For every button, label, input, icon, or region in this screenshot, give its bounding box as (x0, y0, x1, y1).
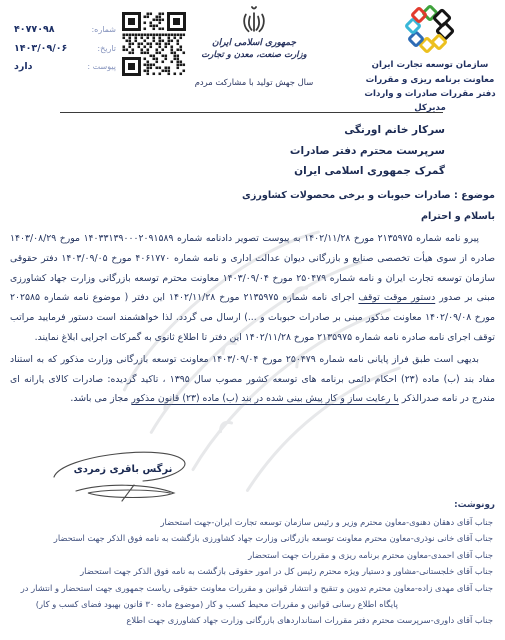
ministry-title: وزارت صنعت، معدن و تجارت (188, 49, 320, 61)
cc-item: جناب آقای مهدی زاده-معاون محترم تدوین و … (8, 580, 493, 613)
year-slogan: سال جهش تولید با مشارکت مردم (188, 77, 320, 87)
government-header-block: جمهوری اسلامی ایران وزارت صنعت، معدن و ت… (188, 5, 320, 87)
letter-body: پیرو نامه شماره ۲۱۳۵۹۷۵ مورخ ۱۴۰۲/۱۱/۲۸ … (10, 229, 495, 411)
cc-item: جناب آقای دهقان دهنوی-معاون محترم وزیر و… (8, 514, 493, 530)
subject-line: موضوع : صادرات حبوبات و برخی محصولات کشا… (242, 190, 495, 201)
letter-number-label: شماره: (91, 25, 116, 34)
cc-title: رونوشت: (454, 500, 495, 510)
org-deputy: معاونت برنامه ریزی و مقررات (363, 73, 497, 88)
organization-header-block: سازمان توسعه تجارت ایران معاونت برنامه ر… (363, 2, 497, 115)
cc-list: جناب آقای دهقان دهنوی-معاون محترم وزیر و… (8, 514, 493, 629)
org-office: دفتر مقررات صادرات و واردات (363, 87, 497, 102)
cc-item: جناب آقای احمدی-معاون محترم برنامه ریزی … (8, 547, 493, 563)
body-paragraph-2: بدیهی است طبق فراز پایانی نامه شماره ۲۵۰… (10, 350, 495, 409)
recipient-block: سرکار خانم اورنگی سرپرست محترم دفتر صادر… (290, 120, 445, 182)
letter-number-row: شماره: ۴۰۷۷۰۹۸ (14, 24, 116, 43)
letter-date-row: تاریخ: ۱۴۰۳/۰۹/۰۶ (14, 43, 116, 62)
org-name: سازمان توسعه تجارت ایران (363, 58, 497, 73)
letter-attachment-value: دارد (14, 61, 32, 72)
body-p1-underlined-phrase: دستور موقت توقف (358, 292, 435, 303)
gov-title: جمهوری اسلامی ایران (188, 37, 320, 49)
cc-item: جناب آقای خلجستانی-مشاور و دستیار ویژه م… (8, 563, 493, 579)
signature-block: نرگس باقری زمردی (48, 443, 198, 505)
qr-code-icon (121, 11, 187, 77)
official-letter-page: شماره: ۴۰۷۷۰۹۸ تاریخ: ۱۴۰۳/۰۹/۰۶ پیوست :… (0, 0, 505, 640)
header-divider (60, 112, 443, 113)
letter-date-value: ۱۴۰۳/۰۹/۰۶ (14, 43, 67, 54)
letter-meta-block: شماره: ۴۰۷۷۰۹۸ تاریخ: ۱۴۰۳/۰۹/۰۶ پیوست :… (14, 24, 116, 80)
recipient-title: سرپرست محترم دفتر صادرات (290, 141, 445, 162)
signer-name: نرگس باقری زمردی (48, 464, 198, 475)
cc-item: جناب آقای خانی نوذری-معاون محترم معاونت … (8, 530, 493, 546)
body-p2-text-b: مجاز می باشد. (70, 393, 131, 404)
letter-date-label: تاریخ: (97, 44, 116, 53)
tpo-logo-icon (403, 2, 457, 56)
letter-number-value: ۴۰۷۷۰۹۸ (14, 24, 55, 35)
letter-attachment-label: پیوست : (87, 62, 116, 71)
salutation: باسلام و احترام (421, 211, 495, 222)
recipient-organization: گمرک جمهوری اسلامی ایران (290, 161, 445, 182)
iran-emblem-icon (239, 5, 269, 35)
body-paragraph-1: پیرو نامه شماره ۲۱۳۵۹۷۵ مورخ ۱۴۰۲/۱۱/۲۸ … (10, 229, 495, 348)
body-p2-underlined-phrase: با رعایت ساز و کار پیش بینی شده در بند (… (131, 393, 399, 404)
letter-attachment-row: پیوست : دارد (14, 61, 116, 80)
cc-item: جناب آقای داوری-سرپرست محترم دفتر مقررات… (8, 612, 493, 628)
recipient-name: سرکار خانم اورنگی (290, 120, 445, 141)
